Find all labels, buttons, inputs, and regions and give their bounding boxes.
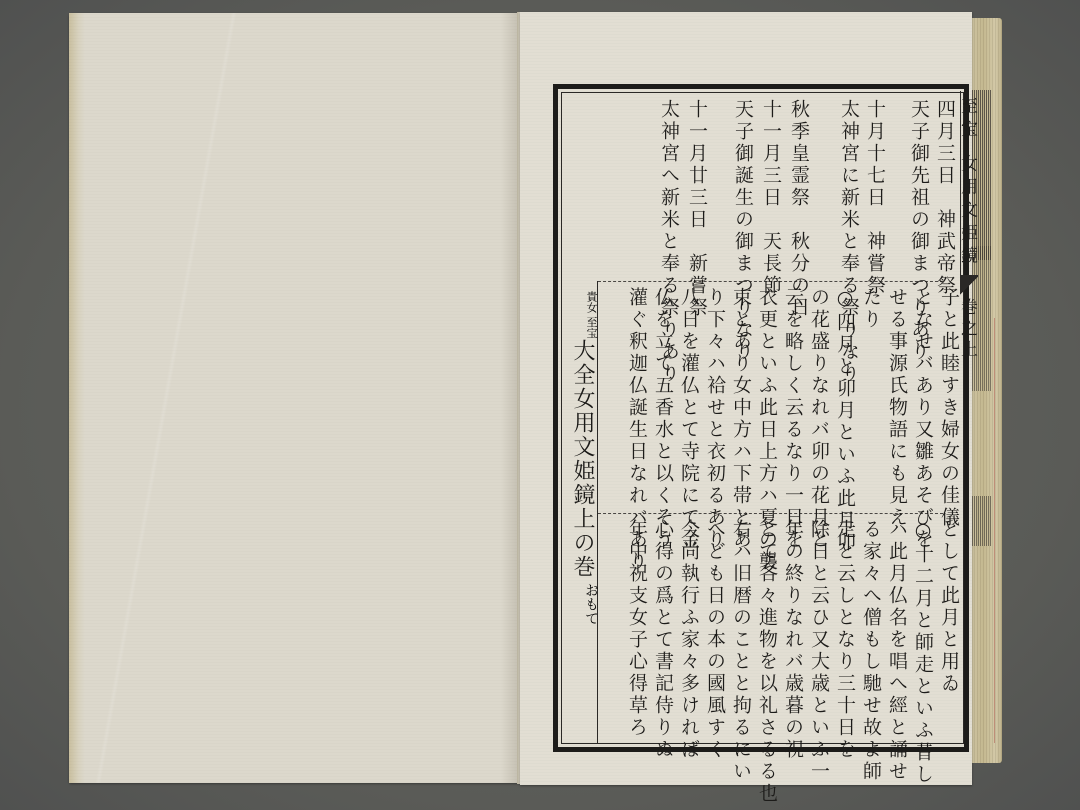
header-title: 至宝 女用文姫鏡: [960, 91, 980, 281]
text-column: 年の終りなれバ歳暮の祝: [782, 519, 804, 761]
text-column: 十月十七日 神嘗祭: [864, 99, 886, 297]
title-suffix: おもて: [585, 583, 597, 625]
text-column: 秋季皇霊祭 秋分の日: [788, 99, 810, 319]
text-column: り下々ハ袷せと衣初るあり: [704, 287, 726, 551]
text-column: の花盛りなれバ卯の花月と: [808, 287, 830, 551]
text-column: 右ハ旧暦のことと拘るにい: [730, 519, 752, 783]
text-column: 十一月三日 天長節: [760, 99, 782, 297]
text-column: とて各々進物を以礼さるる也: [756, 519, 778, 805]
text-column: 子と此睦すき婦女の佳儀: [938, 287, 960, 529]
text-column: たり: [860, 287, 882, 331]
edge-red-line: [994, 318, 995, 743]
text-column: へども日の本の國風すく: [704, 519, 726, 761]
text-column: 年中祝支女子心得草ろ: [626, 519, 648, 739]
header-volume: 巻之上: [960, 298, 980, 361]
text-column: 十一月廿三日 新嘗祭: [686, 99, 708, 319]
printed-frame: 至宝 女用文姫鏡 巻之上 貴女 至宝 大全女用文姫鏡上の巻 おもて 四月三日 神…: [553, 84, 969, 752]
text-column: 八日を灌仏とて寺院にて金: [678, 287, 700, 551]
text-column: せる事源氏物語にも見え: [886, 287, 908, 529]
title-main: 大全女用文姫鏡上の巻: [567, 339, 597, 579]
text-column: 束とあり女中方ハ下帯とあ: [730, 287, 752, 551]
left-page-edge: [69, 13, 85, 783]
edge-printed-page-number: [970, 496, 992, 546]
title-prefix: 貴女 至宝: [585, 291, 597, 339]
text-column: 除日と云ひ又大歳といふ一: [808, 519, 830, 783]
text-column: る家々へ僧もし馳せ故よ師: [860, 519, 882, 783]
text-column: ○十二月と師走といふ昔し: [912, 519, 934, 786]
text-column: 云を略しく云るなり一日を: [782, 287, 804, 551]
text-column: ○四月と卯月といふ此月卯: [834, 287, 856, 554]
book-title-column: 貴女 至宝 大全女用文姫鏡上の巻 おもて: [562, 281, 598, 743]
text-column: 仏を立て五香水と以くそう: [652, 287, 674, 551]
text-column: 心得の爲とて書記侍りぬ: [652, 519, 674, 761]
text-column: ハ此月仏名を唱へ經と誦せ: [886, 519, 908, 783]
text-column: 走と云しとなり三十日を: [834, 519, 856, 761]
fishtail-mark: [960, 275, 978, 297]
text-column: 今尚執行ふ家々多ければ: [678, 519, 700, 761]
text-column: 四月三日 神武帝祭: [934, 99, 956, 297]
left-page-blank: [69, 13, 519, 783]
text-column: となせバあり又雛あそびを: [912, 287, 934, 551]
text-column: として此月と用ゐ: [938, 519, 960, 695]
left-page-fold-crease: [86, 13, 246, 783]
